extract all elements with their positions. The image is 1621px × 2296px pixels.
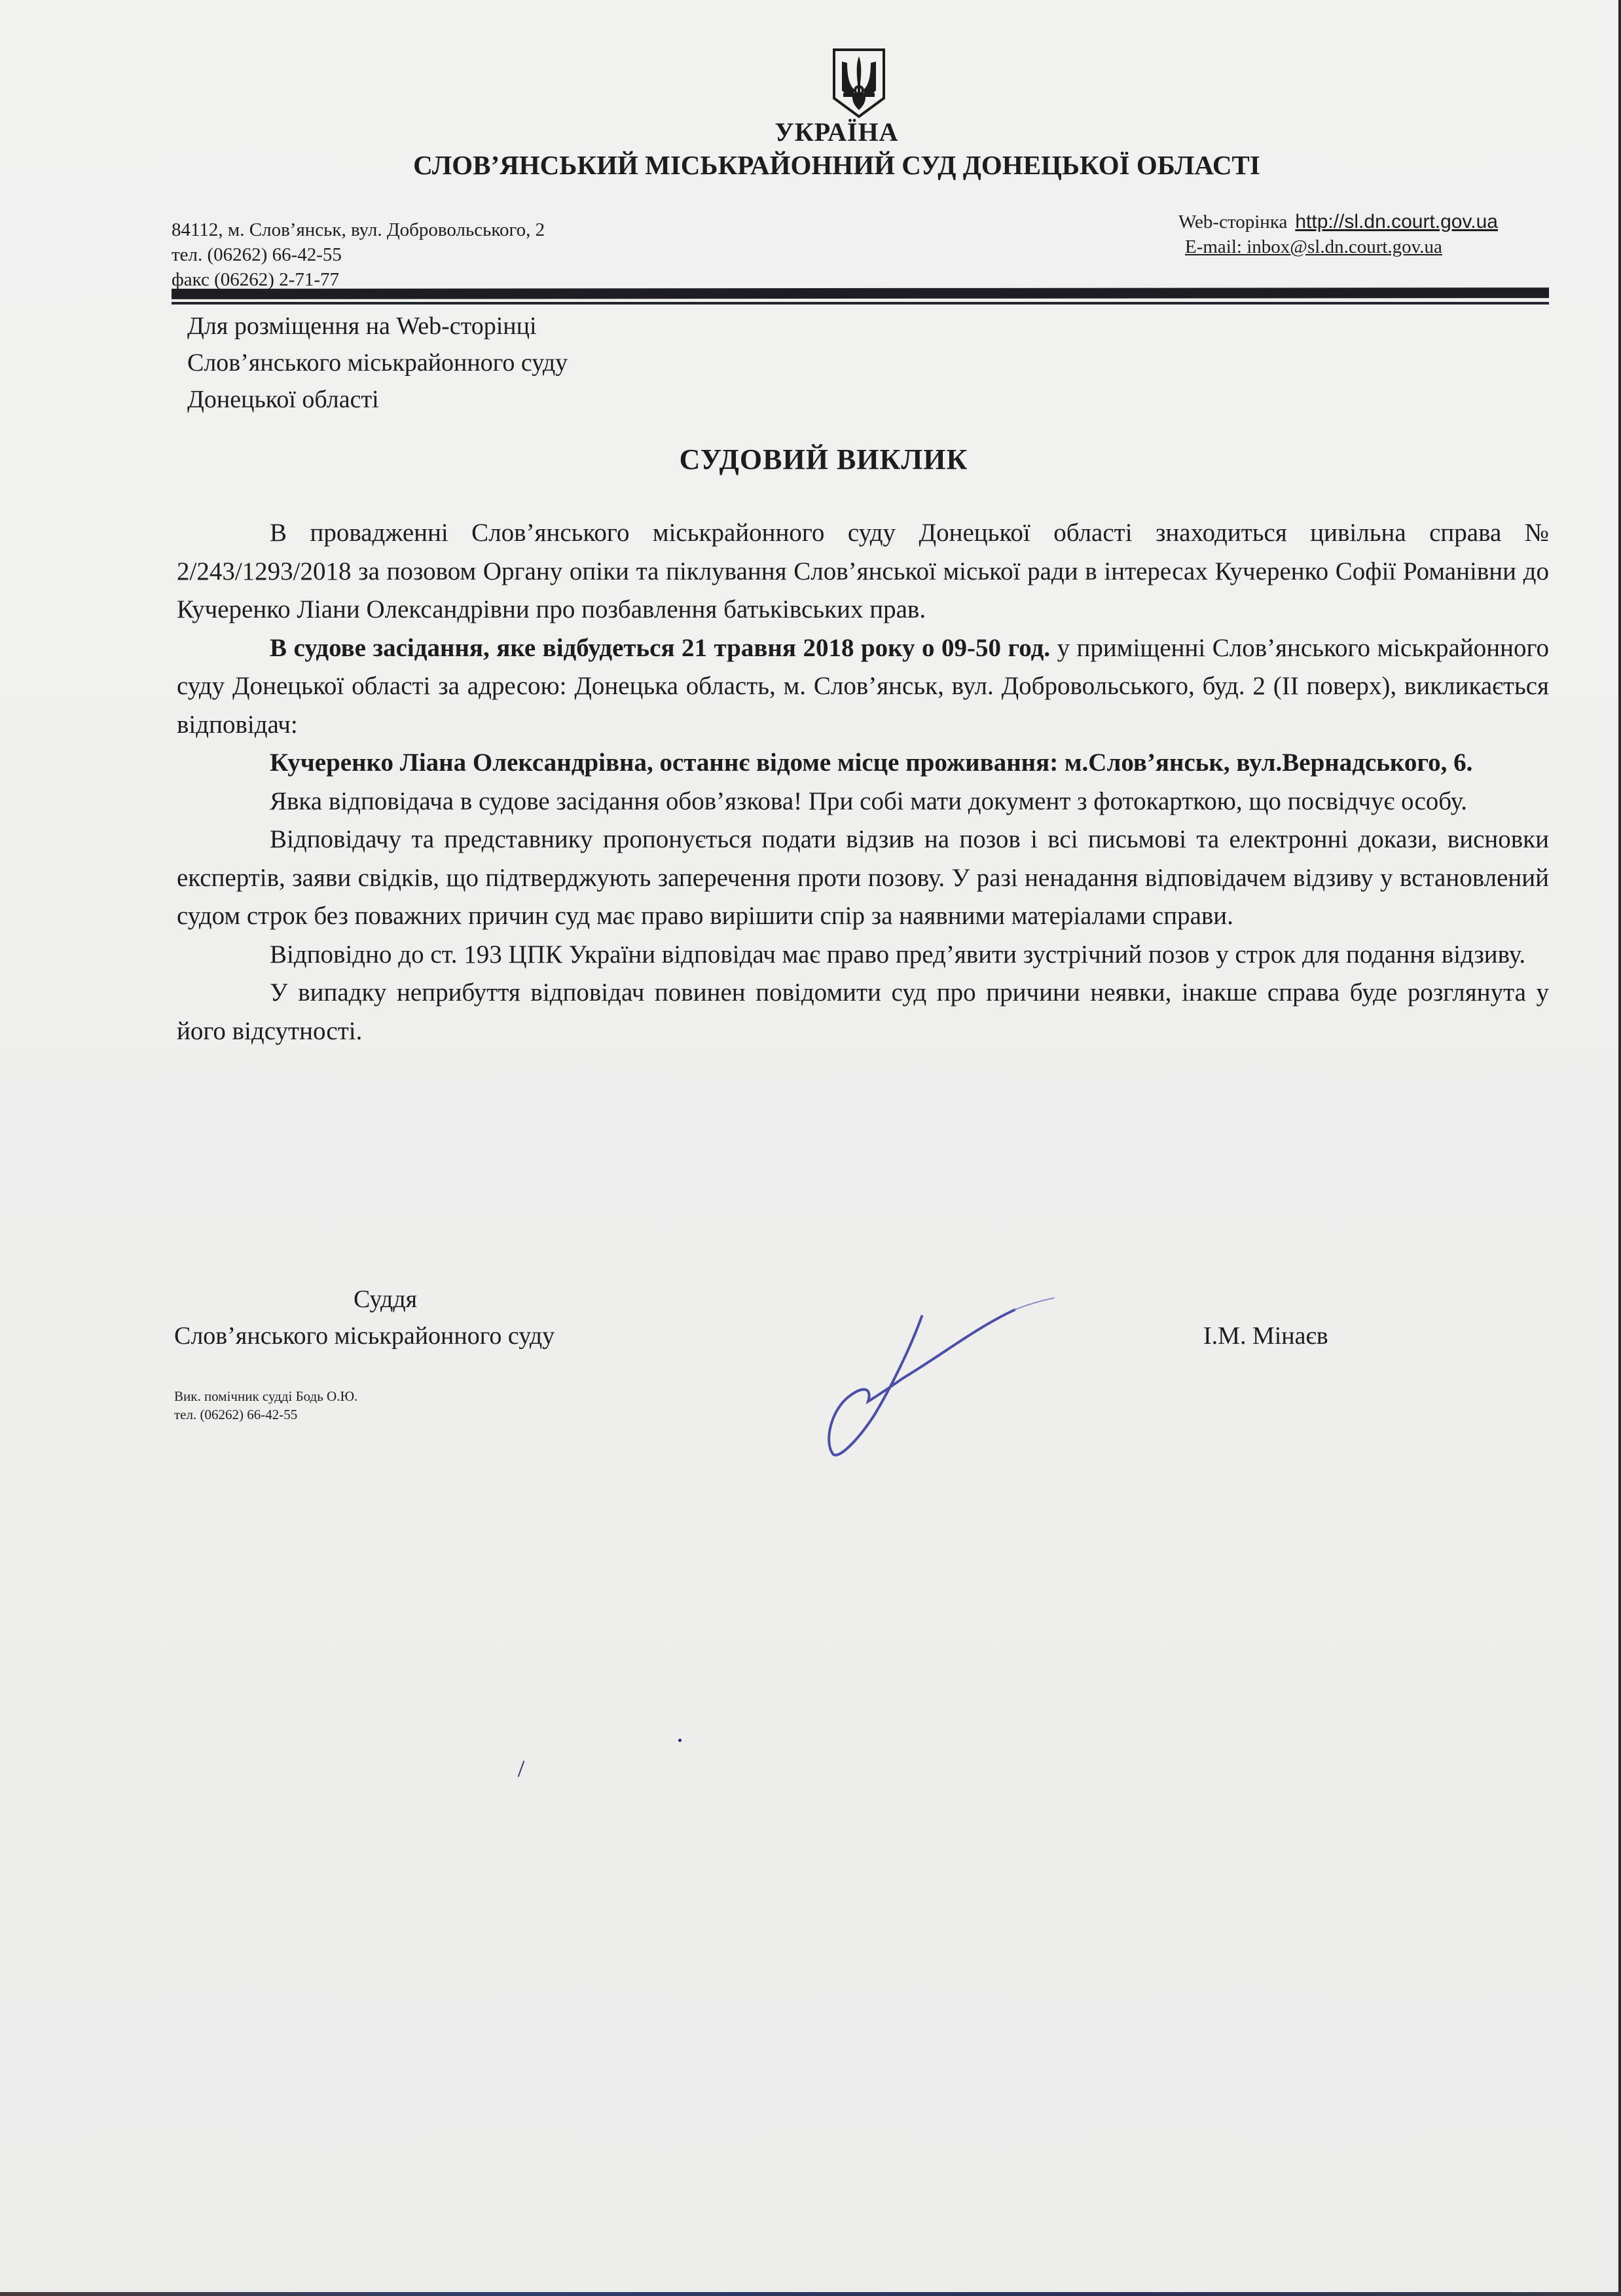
paragraph-absence: У випадку неприбуття відповідач повинен … bbox=[177, 974, 1549, 1050]
court-address: 84112, м. Слов’янськ, вул. Добровольсько… bbox=[172, 217, 545, 242]
document-body: В провадженні Слов’янського міськрайонно… bbox=[177, 514, 1549, 1050]
judge-name: І.М. Мінаєв bbox=[1203, 1322, 1328, 1350]
assistant-note: Вик. помічник судді Бодь О.Ю. тел. (0626… bbox=[174, 1387, 357, 1424]
country-heading: УКРАЇНА bbox=[26, 117, 1621, 147]
paragraph-hearing: В судове засідання, яке відбудеться 21 т… bbox=[177, 629, 1549, 745]
signer-court: Слов’янського міськрайонного суду bbox=[174, 1322, 555, 1350]
handwritten-signature-icon bbox=[818, 1297, 1120, 1467]
court-online-contacts: Web-сторінкаhttp://sl.dn.court.gov.ua E-… bbox=[1178, 210, 1498, 259]
court-contacts: 84112, м. Слов’янськ, вул. Добровольсько… bbox=[172, 217, 545, 292]
document-title: СУДОВИЙ ВИКЛИК bbox=[13, 443, 1621, 476]
trident-emblem-icon bbox=[830, 47, 888, 119]
website-link[interactable]: http://sl.dn.court.gov.ua bbox=[1295, 211, 1498, 232]
letterhead-divider-thick bbox=[172, 287, 1549, 299]
email-link[interactable]: E-mail: inbox@sl.dn.court.gov.ua bbox=[1185, 236, 1442, 257]
assistant-phone: тел. (06262) 66-42-55 bbox=[174, 1405, 357, 1424]
paragraph-case-info: В провадженні Слов’янського міськрайонно… bbox=[177, 514, 1549, 629]
ink-dot bbox=[678, 1739, 682, 1742]
hearing-datetime: В судове засідання, яке відбудеться 21 т… bbox=[270, 634, 1050, 662]
court-name-heading: СЛОВ’ЯНСЬКИЙ МІСЬКРАЙОННИЙ СУД ДОНЕЦЬКОЇ… bbox=[26, 149, 1621, 181]
defendant-info: Кучеренко Ліана Олександрівна, останнє в… bbox=[270, 749, 1472, 777]
ink-mark bbox=[518, 1760, 525, 1777]
paragraph-counterclaim: Відповідно до ст. 193 ЦПК України відпов… bbox=[177, 936, 1549, 974]
signer-title: Суддя bbox=[354, 1285, 417, 1314]
document-page: УКРАЇНА СЛОВ’ЯНСЬКИЙ МІСЬКРАЙОННИЙ СУД Д… bbox=[0, 0, 1621, 2296]
paragraph-defendant: Кучеренко Ліана Олександрівна, останнє в… bbox=[177, 744, 1549, 783]
web-label: Web-сторінка bbox=[1178, 212, 1287, 232]
scan-edge-bottom bbox=[0, 2292, 1621, 2296]
letterhead-divider-thin bbox=[172, 302, 1549, 305]
paragraph-response: Відповідачу та представнику пропонується… bbox=[177, 821, 1549, 936]
addressee-line: Донецької області bbox=[187, 381, 568, 418]
paragraph-attendance: Явка відповідача в судове засідання обов… bbox=[177, 783, 1549, 821]
court-phone: тел. (06262) 66-42-55 bbox=[172, 242, 545, 267]
addressee-block: Для розміщення на Web-сторінці Слов’янсь… bbox=[187, 308, 568, 418]
addressee-line: Для розміщення на Web-сторінці bbox=[187, 308, 568, 344]
assistant-name: Вик. помічник судді Бодь О.Ю. bbox=[174, 1387, 357, 1405]
scan-edge-right bbox=[1618, 0, 1621, 2296]
addressee-line: Слов’янського міськрайонного суду bbox=[187, 344, 568, 381]
